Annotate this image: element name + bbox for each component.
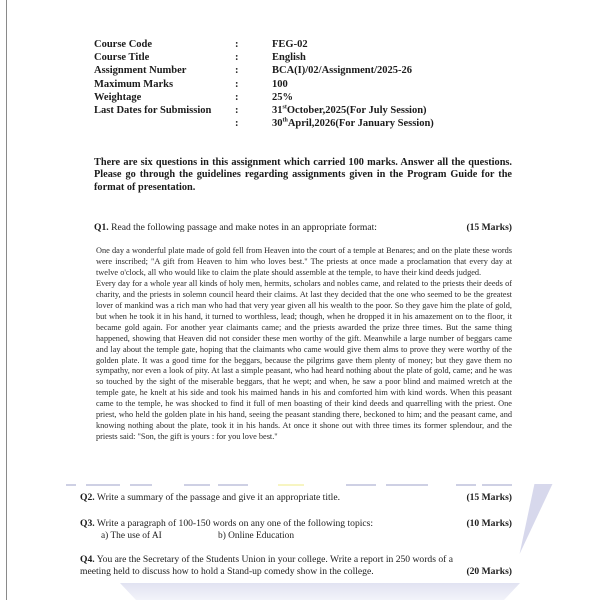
- question-2-text: Q2. Write a summary of the passage and g…: [80, 492, 340, 504]
- meta-label: Course Code: [94, 38, 235, 51]
- meta-row-weightage: Weightage : 25%: [94, 91, 434, 104]
- question-4-line-1: Q4. You are the Secretary of the Student…: [80, 554, 512, 566]
- maximum-marks: 100: [272, 78, 288, 91]
- watermark-wedge: [520, 484, 553, 554]
- meta-label: Maximum Marks: [94, 78, 235, 91]
- assignment-meta: Course Code : FEG-02 Course Title : Engl…: [94, 38, 434, 130]
- question-1-marks: (15 Marks): [466, 222, 512, 234]
- question-1-heading: Q1. Read the following passage and make …: [94, 222, 512, 234]
- question-3-marks: (10 Marks): [466, 518, 512, 530]
- meta-label: [94, 117, 235, 130]
- meta-row-course-title: Course Title : English: [94, 51, 434, 64]
- course-code: FEG-02: [272, 38, 308, 51]
- meta-row-submission-january: : 30thApril,2026(For January Session): [94, 117, 434, 130]
- submission-date-july: 31stOctober,2025(For July Session): [272, 104, 427, 117]
- question-3-options: a) The use of AI b) Online Education: [101, 531, 294, 542]
- meta-label: Assignment Number: [94, 64, 235, 77]
- meta-row-maximum-marks: Maximum Marks : 100: [94, 78, 434, 91]
- page-border: [6, 0, 7, 600]
- meta-colon: :: [235, 117, 272, 130]
- meta-row-submission-july: Last Dates for Submission : 31stOctober,…: [94, 104, 434, 117]
- meta-colon: :: [235, 78, 272, 91]
- assignment-number: BCA(I)/02/Assignment/2025-26: [272, 64, 412, 77]
- meta-colon: :: [235, 104, 272, 117]
- meta-label: Course Title: [94, 51, 235, 64]
- watermark-dashes: [66, 484, 536, 487]
- meta-label: Last Dates for Submission: [94, 104, 235, 117]
- meta-colon: :: [235, 38, 272, 51]
- question-3-heading: Q3. Write a paragraph of 100-150 words o…: [80, 518, 512, 530]
- question-1-passage: One day a wonderful plate made of gold f…: [96, 246, 512, 443]
- submission-date-january: 30thApril,2026(For January Session): [272, 117, 434, 130]
- option-b: b) Online Education: [218, 531, 294, 542]
- question-4-marks: (20 Marks): [466, 566, 512, 578]
- option-a: a) The use of AI: [101, 531, 218, 542]
- instructions-intro: There are six questions in this assignme…: [94, 157, 512, 194]
- watermark-band: [120, 583, 520, 600]
- question-2-marks: (15 Marks): [466, 492, 512, 504]
- course-title: English: [272, 51, 306, 64]
- question-2-heading: Q2. Write a summary of the passage and g…: [80, 492, 512, 504]
- question-4-line-2: meeting held to discuss how to hold a St…: [80, 566, 512, 578]
- meta-colon: :: [235, 91, 272, 104]
- question-4: Q4. You are the Secretary of the Student…: [80, 554, 512, 578]
- meta-label: Weightage: [94, 91, 235, 104]
- meta-row-course-code: Course Code : FEG-02: [94, 38, 434, 51]
- weightage: 25%: [272, 91, 293, 104]
- meta-colon: :: [235, 51, 272, 64]
- question-1-text: Q1. Read the following passage and make …: [94, 222, 377, 234]
- meta-colon: :: [235, 64, 272, 77]
- passage-paragraph-1: One day a wonderful plate made of gold f…: [96, 246, 512, 279]
- passage-paragraph-2: Every day for a whole year all kinds of …: [96, 279, 512, 443]
- question-3-text: Q3. Write a paragraph of 100-150 words o…: [80, 518, 373, 530]
- meta-row-assignment-number: Assignment Number : BCA(I)/02/Assignment…: [94, 64, 434, 77]
